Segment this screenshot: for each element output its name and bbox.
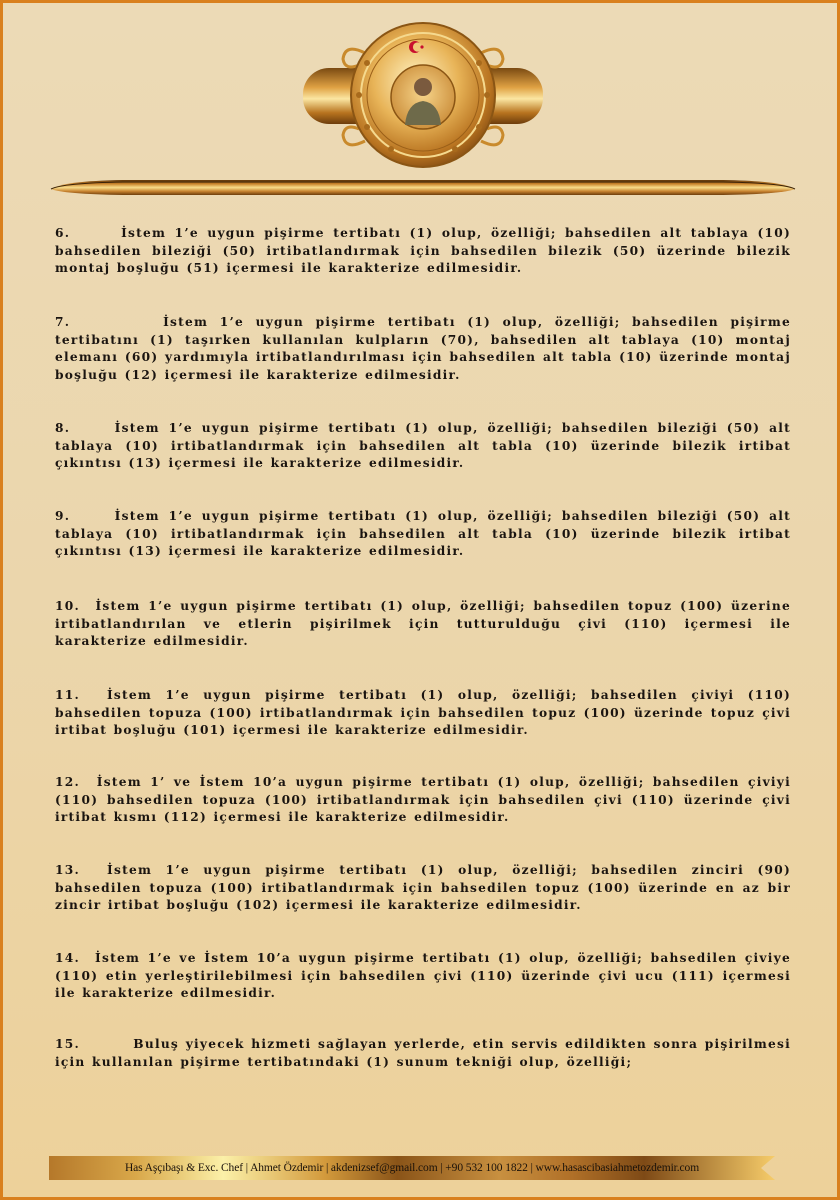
footer-banner: Has Aşçıbaşı & Exc. Chef | Ahmet Özdemir… — [49, 1156, 775, 1180]
claim-text: İstem 1’e uygun pişirme tertibatı (1) ol… — [55, 863, 791, 912]
claim-text: İstem 1’ ve İstem 10’a uygun pişirme ter… — [55, 775, 791, 824]
claim-text: İstem 1’e uygun pişirme tertibatı (1) ol… — [55, 599, 791, 648]
claim-number: 6. — [55, 226, 70, 240]
claim-text: Buluş yiyecek hizmeti sağlayan yerlerde,… — [55, 1037, 791, 1069]
claim-number: 10. — [55, 599, 80, 613]
claim-number: 7. — [55, 315, 70, 329]
footer-contact-text: Has Aşçıbaşı & Exc. Chef | Ahmet Özdemir… — [49, 1156, 739, 1180]
claim-number: 15. — [55, 1037, 80, 1051]
claim-text: İstem 1’e uygun pişirme tertibatı (1) ol… — [55, 226, 791, 275]
claim-text: İstem 1’e ve İstem 10’a uygun pişirme te… — [55, 951, 791, 1000]
claim-6: 6. İstem 1’e uygun pişirme tertibatı (1)… — [55, 225, 791, 278]
claim-number: 11. — [55, 688, 80, 702]
claim-13: 13. İstem 1’e uygun pişirme tertibatı (1… — [55, 862, 791, 915]
claim-number: 8. — [55, 421, 70, 435]
claim-text: İstem 1’e uygun pişirme tertibatı (1) ol… — [55, 421, 791, 470]
claim-text: İstem 1’e uygun pişirme tertibatı (1) ol… — [55, 688, 791, 737]
claim-number: 14. — [55, 951, 80, 965]
claim-9: 9. İstem 1’e uygun pişirme tertibatı (1)… — [55, 508, 791, 561]
claim-11: 11. İstem 1’e uygun pişirme tertibatı (1… — [55, 687, 791, 740]
claim-7: 7. İstem 1’e uygun pişirme tertibatı (1)… — [55, 314, 791, 384]
claim-14: 14. İstem 1’e ve İstem 10’a uygun pişirm… — [55, 950, 791, 1003]
claim-number: 13. — [55, 863, 80, 877]
claim-number: 12. — [55, 775, 80, 789]
claim-8: 8. İstem 1’e uygun pişirme tertibatı (1)… — [55, 420, 791, 473]
claim-15: 15. Buluş yiyecek hizmeti sağlayan yerle… — [55, 1036, 791, 1071]
header-emblem — [3, 3, 840, 203]
chef-emblem-logo — [3, 3, 840, 203]
page-frame: 6. İstem 1’e uygun pişirme tertibatı (1)… — [0, 0, 840, 1200]
claim-text: İstem 1’e uygun pişirme tertibatı (1) ol… — [55, 315, 791, 382]
claim-number: 9. — [55, 509, 70, 523]
claim-12: 12. İstem 1’ ve İstem 10’a uygun pişirme… — [55, 774, 791, 827]
claim-10: 10. İstem 1’e uygun pişirme tertibatı (1… — [55, 598, 791, 651]
claim-text: İstem 1’e uygun pişirme tertibatı (1) ol… — [55, 509, 791, 558]
